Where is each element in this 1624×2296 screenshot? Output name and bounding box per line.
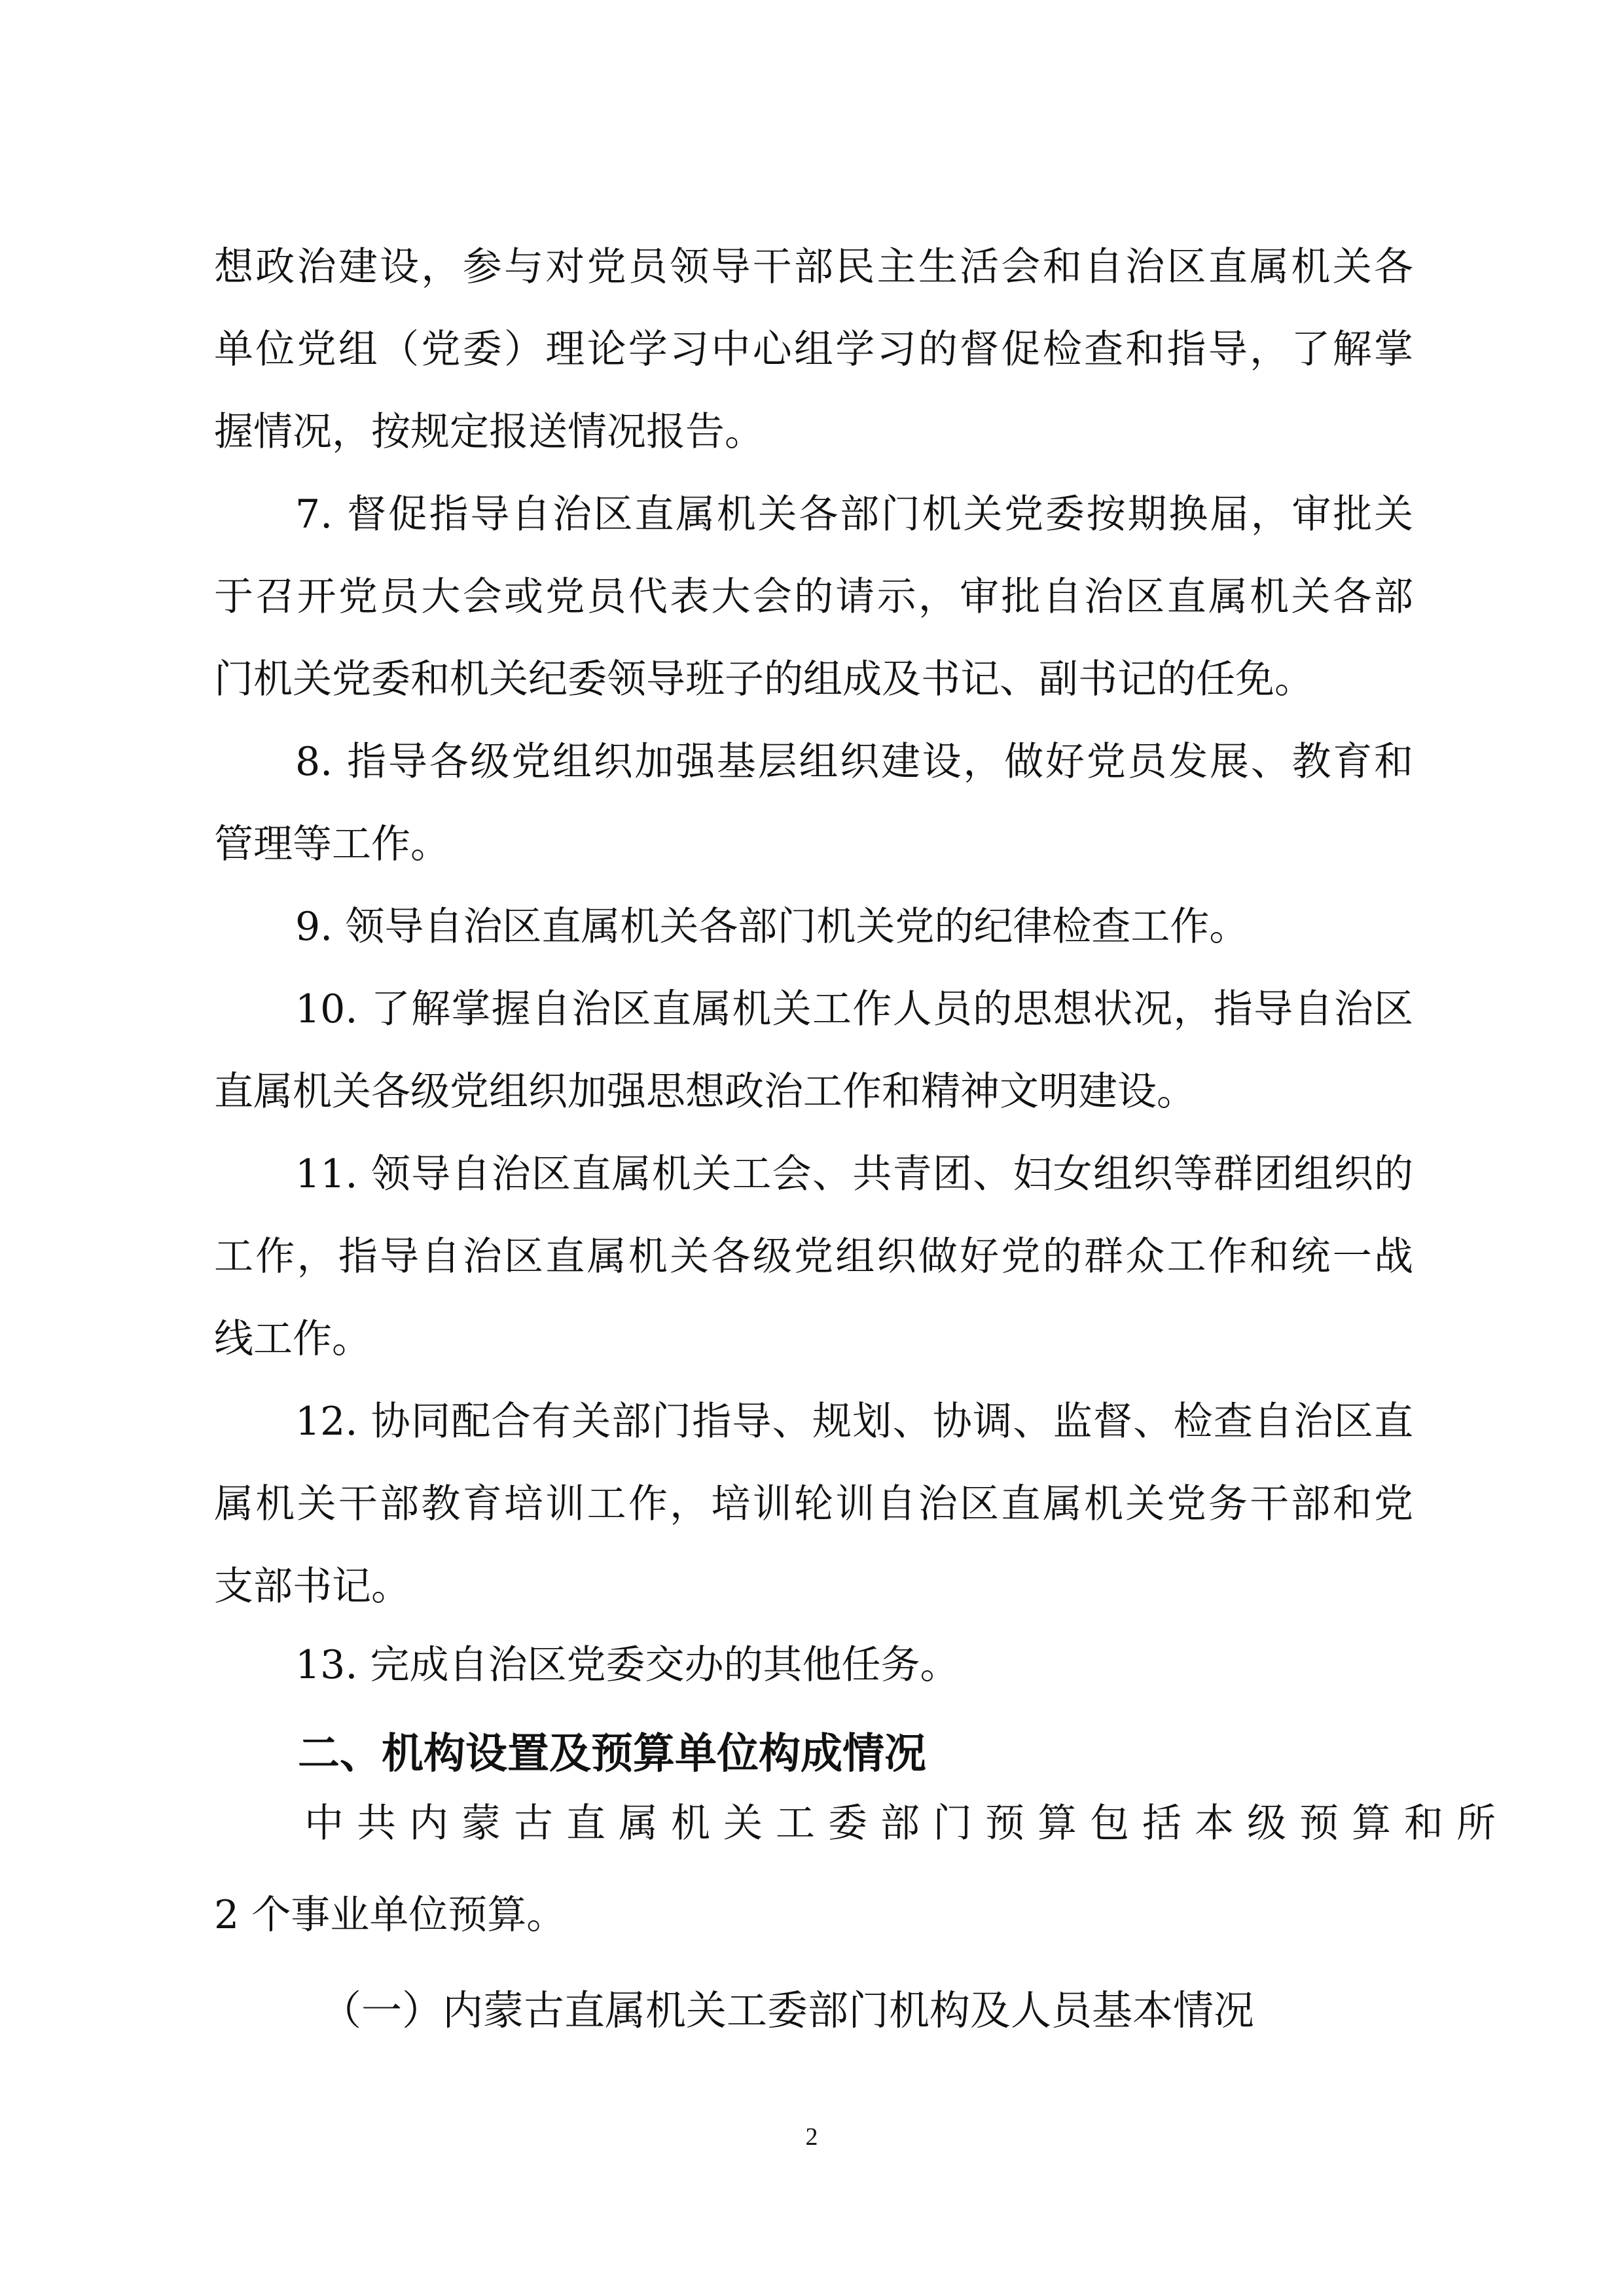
- paragraph-line: 管理等工作。: [214, 818, 1413, 870]
- paragraph-line: 属机关干部教育培训工作，培训轮训自治区直属机关党务干部和党: [214, 1478, 1413, 1530]
- paragraph-line: 握情况，按规定报送情况报告。: [214, 406, 1413, 458]
- list-item-10: 10. 了解掌握自治区直属机关工作人员的思想状况，指导自治区: [295, 983, 1413, 1035]
- section-heading: 二、机构设置及预算单位构成情况: [298, 1728, 1497, 1780]
- section-body-line: 2 个事业单位预算。: [214, 1889, 1413, 1941]
- list-item-13: 13. 完成自治区党委交办的其他任务。: [295, 1639, 1413, 1691]
- list-item-11: 11. 领导自治区直属机关工会、共青团、妇女组织等群团组织的: [295, 1148, 1413, 1200]
- paragraph-line: 直属机关各级党组织加强思想政治工作和精神文明建设。: [214, 1066, 1413, 1118]
- paragraph-line: 于召开党员大会或党员代表大会的请示，审批自治区直属机关各部: [214, 571, 1413, 623]
- paragraph-line: 门机关党委和机关纪委领导班子的组成及书记、副书记的任免。: [214, 653, 1413, 706]
- list-item-12: 12. 协同配合有关部门指导、规划、协调、监督、检查自治区直: [295, 1395, 1413, 1448]
- paragraph-line: 工作，指导自治区直属机关各级党组织做好党的群众工作和统一战: [214, 1230, 1413, 1283]
- page-number: 2: [799, 2121, 825, 2153]
- paragraph-line: 想政治建设，参与对党员领导干部民主生活会和自治区直属机关各: [214, 241, 1413, 293]
- list-item-8: 8. 指导各级党组织加强基层组织建设，做好党员发展、教育和: [295, 736, 1413, 788]
- document-page: 想政治建设，参与对党员领导干部民主生活会和自治区直属机关各 单位党组（党委）理论…: [0, 0, 1624, 2296]
- list-item-9: 9. 领导自治区直属机关各部门机关党的纪律检查工作。: [295, 901, 1413, 953]
- paragraph-line: 线工作。: [214, 1313, 1413, 1365]
- section-body-line: 中共内蒙古直属机关工委部门预算包括本级预算和所: [304, 1797, 1413, 1850]
- paragraph-line: 支部书记。: [214, 1560, 1413, 1613]
- subsection-heading: （一）内蒙古直属机关工委部门机构及人员基本情况: [321, 1984, 1520, 2037]
- list-item-7: 7. 督促指导自治区直属机关各部门机关党委按期换届，审批关: [295, 488, 1413, 541]
- paragraph-line: 单位党组（党委）理论学习中心组学习的督促检查和指导，了解掌: [214, 323, 1413, 376]
